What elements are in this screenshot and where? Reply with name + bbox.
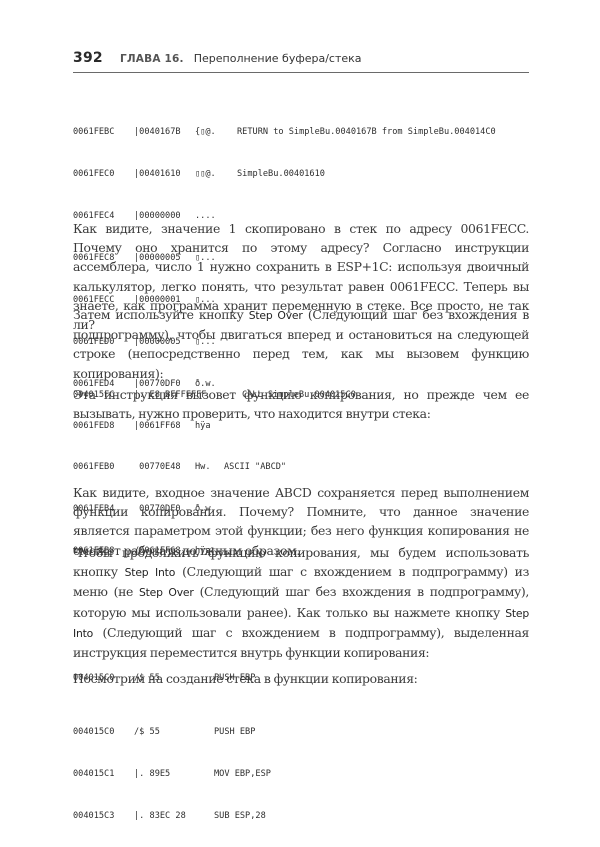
stack-ascii: ▯▯@. (195, 167, 237, 181)
step-over-term: Step Over (139, 586, 194, 599)
stack-value: |0040167B (134, 125, 195, 139)
stack-row: 0061FEC0|00401610▯▯@.SimpleBu.00401610 (73, 167, 496, 181)
code-address: 004015C1 (73, 767, 134, 781)
code-address: 004015C0 (73, 725, 134, 739)
code-bytes: /$ 55 (134, 725, 214, 739)
code-bytes: |. 83EC 28 (134, 809, 214, 823)
code-instruction: MOV EBP,ESP (214, 769, 271, 779)
header-divider (73, 72, 529, 73)
paragraph-check-stack: Эта инструкция вызовет функцию копирован… (73, 385, 529, 423)
stack-value: 00770E48 (134, 460, 195, 474)
stack-value: |00401610 (134, 167, 195, 181)
step-into-term: Step Into (125, 566, 175, 579)
stack-comment: RETURN to SimpleBu.0040167B from SimpleB… (237, 125, 496, 139)
stack-comment: ASCII "ABCD" (224, 462, 286, 472)
chapter-title: Переполнение буфера/стека (194, 52, 362, 65)
text: Затем используйте кнопку (73, 307, 249, 322)
code-instruction: PUSH EBP (214, 727, 255, 737)
page-number: 392 (73, 50, 120, 66)
code-row: 004015C3|. 83EC 28SUB ESP,28 (73, 809, 271, 823)
stack-row: 0061FEBC|0040167B{▯@.RETURN to SimpleBu.… (73, 125, 496, 139)
code-prologue: 004015C0/$ 55PUSH EBP 004015C1|. 89E5MOV… (73, 697, 271, 847)
stack-address: 0061FEBC (73, 125, 134, 139)
code-instruction: SUB ESP,28 (214, 811, 266, 821)
stack-ascii: {▯@. (195, 125, 237, 139)
code-bytes: |. 89E5 (134, 767, 214, 781)
stack-address: 0061FEB0 (73, 460, 134, 474)
code-row: 004015C0/$ 55PUSH EBP (73, 725, 271, 739)
running-head: 392 ГЛАВА 16. Переполнение буфера/стека (73, 50, 529, 72)
code-row: 004015C1|. 89E5MOV EBP,ESP (73, 767, 271, 781)
code-address: 004015C3 (73, 809, 134, 823)
step-over-term: Step Over (249, 309, 303, 322)
stack-comment: SimpleBu.00401610 (237, 167, 325, 181)
chapter-label: ГЛАВА 16. (120, 53, 184, 65)
stack-row: 0061FEB0 00770E48Hw.ASCII "ABCD" (73, 460, 286, 474)
paragraph-stack-frame: Посмотрим на создание стека в функции ко… (73, 669, 529, 688)
stack-ascii: Hw. (195, 460, 224, 474)
stack-address: 0061FEC0 (73, 167, 134, 181)
